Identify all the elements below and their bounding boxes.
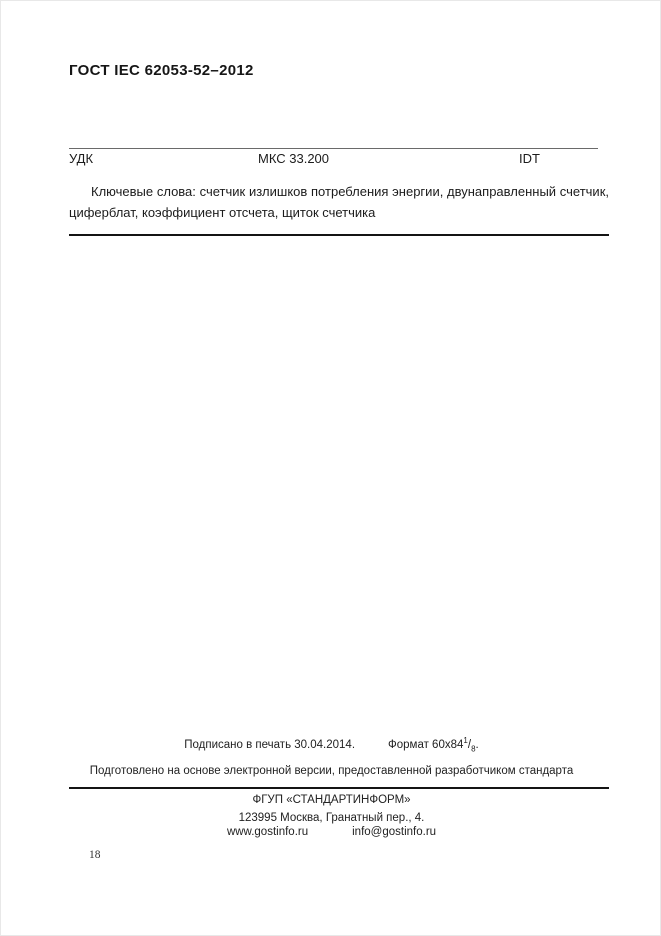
page-number: 18 [89, 849, 101, 861]
publisher-address: 123995 Москва, Гранатный пер., 4. [1, 812, 661, 824]
keywords-paragraph: Ключевые слова: счетчик излишков потребл… [69, 181, 609, 223]
document-page: ГОСТ IEC 62053-52–2012 УДК МКС 33.200 ID… [0, 0, 661, 936]
signed-to-print-text: Подписано в печать 30.04.2014. [184, 739, 355, 751]
top-divider [69, 148, 598, 149]
udk-label: УДК [69, 151, 93, 166]
publisher-name: ФГУП «СТАНДАРТИНФОРМ» [1, 794, 661, 806]
print-format-text: Формат 60х841/8. [388, 739, 479, 751]
contacts-row: www.gostinfo.ru info@gostinfo.ru [1, 826, 661, 838]
document-title: ГОСТ IEC 62053-52–2012 [69, 62, 254, 79]
prepared-note: Подготовлено на основе электронной верси… [1, 765, 661, 777]
publisher-email: info@gostinfo.ru [352, 826, 436, 838]
idt-label: IDT [519, 151, 540, 166]
publisher-website: www.gostinfo.ru [227, 826, 308, 838]
classification-row: УДК МКС 33.200 IDT [69, 151, 609, 167]
imprint-divider [69, 787, 609, 789]
print-info-row: Подписано в печать 30.04.2014. Формат 60… [1, 739, 661, 751]
mks-label: МКС 33.200 [258, 151, 329, 166]
keywords-bottom-divider [69, 234, 609, 236]
